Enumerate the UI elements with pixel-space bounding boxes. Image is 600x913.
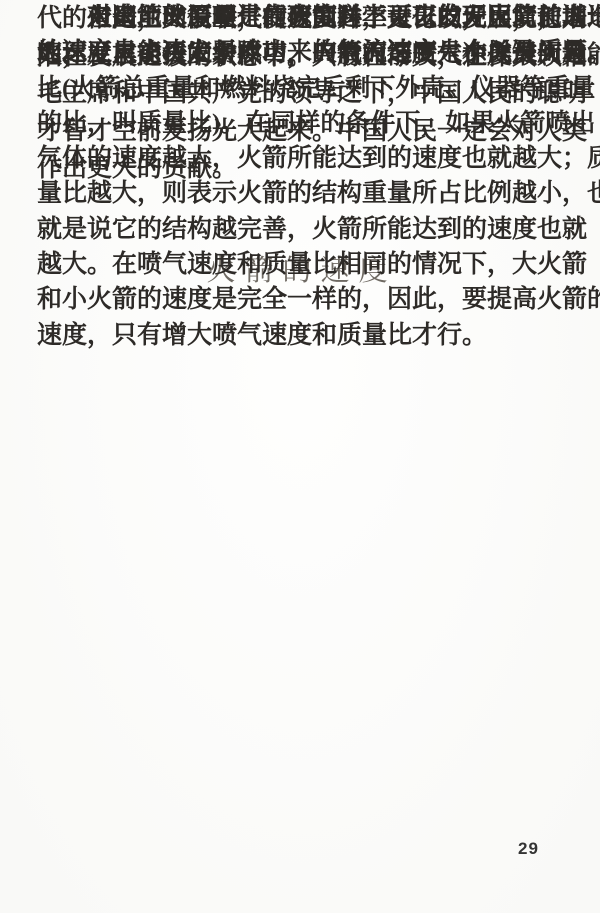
scanned-book-page: 代的帝国主义侵略，使我国科学文化的发展，长期地陷在发展迟缓的状态中。只有在今天，… (0, 0, 600, 913)
text-line: 比(火箭总重量和燃料烧完后剩下外壳、仪器等重量 (37, 71, 566, 106)
paragraph-exhaust-limit: 但是，火箭喷气的速度并不是可以无止境地增大，在目前技术条件下，一般火箭喷气速度最… (37, 0, 566, 74)
text-line: 速度，只有增大喷气速度和质量比才行。 (37, 318, 566, 353)
text-line: 的比，叫质量比)。在同样的条件下，如果火箭喷出 (37, 106, 566, 141)
text-line: 气体的速度越大，火箭所能达到的速度也就越大；质 (37, 141, 566, 176)
text-line: 就是说它的结构越完善，火箭所能达到的速度也就 (37, 212, 566, 247)
page-number: 29 (518, 839, 558, 859)
text-line: 大，在目前技术条件下，一般火箭喷气速度最大只能 (37, 37, 566, 74)
text-line: 但是，火箭喷气的速度并不是可以无止境地增 (37, 0, 566, 37)
text-line: 越大。在喷气速度和质量比相同的情况下，大火箭 (37, 247, 566, 282)
text-line: 和小火箭的速度是完全一样的，因此，要提高火箭的 (37, 282, 566, 317)
text-line: 量比越大，则表示火箭的结构重量所占比例越小，也 (37, 176, 566, 211)
